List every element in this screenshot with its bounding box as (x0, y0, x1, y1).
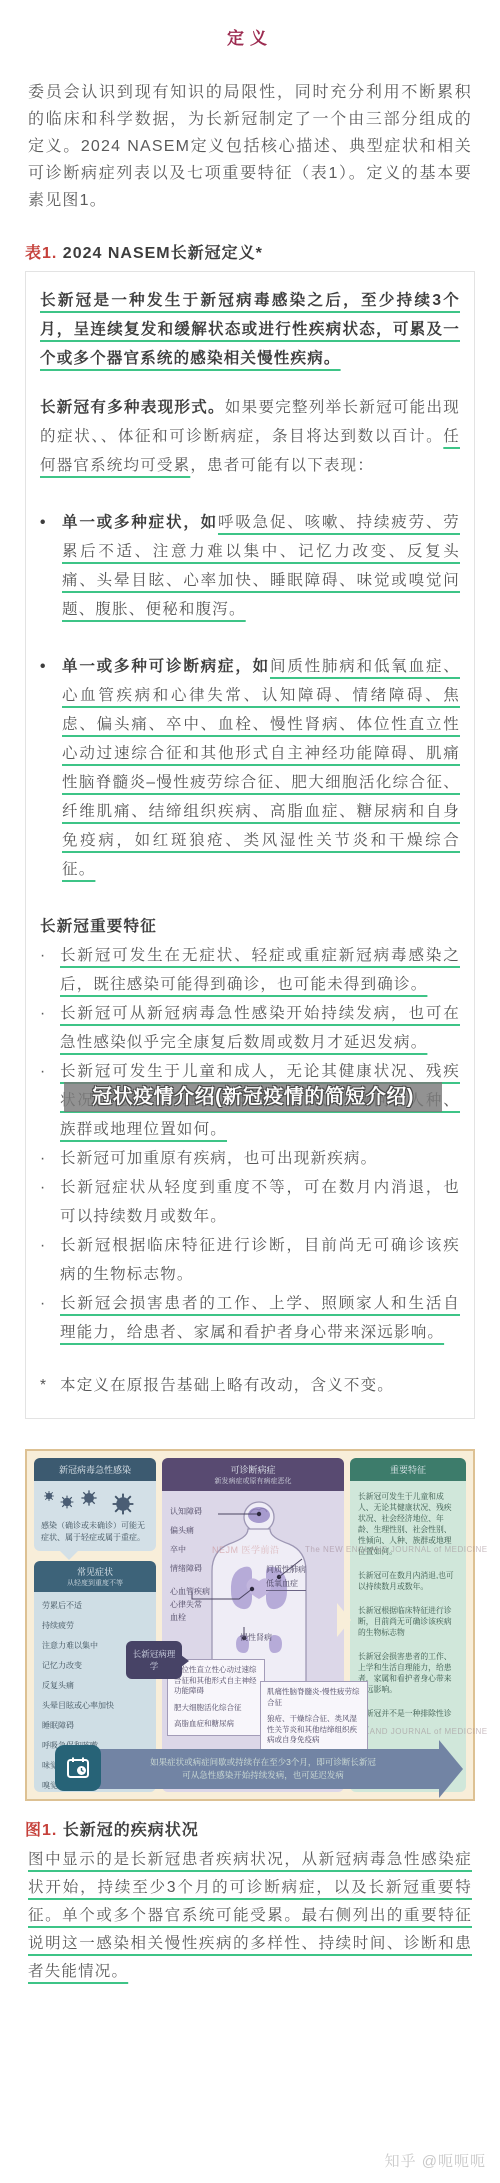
acute-panel-text: 感染（确诊或未确诊）可能无症状、属于轻症或属于重症。 (41, 1520, 149, 1544)
conditions-panel-header: 可诊断病症 (165, 1463, 341, 1476)
condition-text: 肥大细胞活化综合征 (174, 1703, 258, 1714)
figure1-infographic: 新冠病毒急性感染 (25, 1449, 475, 1801)
feature-item: ·长新冠症状从轻度到重度不等，可在数月内消退，也可以持续数月或数年。 (40, 1173, 460, 1231)
nejm-watermark: NEJM 医学前沿 (212, 1543, 280, 1556)
symptom-item: 睡眠障碍 (42, 1720, 148, 1731)
condition-label: 卒中 (170, 1545, 202, 1555)
feature-item: ·长新冠根据临床特征进行诊断，目前尚无可确诊该疾病的生物标志物。 (40, 1231, 460, 1289)
feature-text: 长新冠症状从轻度到重度不等，可在数月内消退，也可以持续数月或数年。 (60, 1173, 460, 1231)
forms-tail: ，患者可能有以下表现： (190, 457, 374, 474)
condition-text: 高脂血症和糖尿病 (174, 1719, 258, 1730)
dot-marker: · (40, 1057, 60, 1144)
dot-marker: · (40, 999, 60, 1057)
footnote-text: 本定义在原报告基础上略有改动，含义不变。 (60, 1371, 460, 1400)
dot-marker: · (40, 1231, 60, 1289)
figure1-label: 图1. (25, 1822, 57, 1839)
arrowhead-icon (439, 1740, 463, 1798)
dot-marker: · (40, 941, 60, 999)
table1-label: 表1. (25, 245, 57, 262)
symptom-item: 反复头痛 (42, 1680, 148, 1691)
acute-panel-header: 新冠病毒急性感染 (34, 1458, 156, 1481)
definition-text: 长新冠是一种发生于新冠病毒感染之后，至少持续3个月，呈连续复发和缓解状态或进行性… (40, 286, 460, 373)
page-title: 定义 (0, 0, 500, 49)
zhihu-watermark: 知乎 @呃呃呃 (385, 2150, 486, 2171)
pointer-down-icon (60, 1551, 78, 1560)
condition-text: 狼疮、干燥综合征、类风湿性关节炎和其他结缔组织疾病或自身免疫病 (267, 1714, 361, 1746)
feature-note: 长新冠可在数月内消退,也可以持续数月或数年。 (358, 1570, 458, 1592)
conditions-bullet-bold: 单一或多种可诊断病症，如 (62, 658, 270, 675)
conditions-bullet: • 单一或多种可诊断病症，如间质性肺病和低氧血症、心血管疾病和心律失常、认知障碍… (40, 652, 460, 884)
feature-note: 长新冠会损害患者的工作、上学和生活自理能力，给患者、家属和看护者身心带来深远影响… (358, 1651, 458, 1695)
kidney-label: 慢性肾病 (240, 1633, 272, 1643)
figure1-caption-heading: 图1. 长新冠的疾病状况 (25, 1817, 475, 1840)
condition-label: 间质性肺病 (266, 1565, 306, 1575)
diagnosable-conditions-column: 可诊断病症 新发病症或原有病症恶化 (162, 1458, 344, 1792)
conditions-panel-subheader: 新发病症或原有病症恶化 (165, 1476, 341, 1486)
timeline-arrow-banner: 如果症状或病症间歇或持续存在至少3个月，即可诊断长新冠 可从急性感染开始持续发病… (63, 1749, 439, 1789)
mecfs-conditions-box: 肌痛性脑脊髓炎-慢性疲劳综合征 狼疮、干燥综合征、类风湿性关节炎和其他结缔组织疾… (260, 1681, 368, 1752)
lung-labels: 间质性肺病 低氧血症 (266, 1565, 306, 1591)
feature-item: ·长新冠可发生在无症状、轻症或重症新冠病毒感染之后，既往感染可能得到确诊，也可能… (40, 941, 460, 999)
table1-title: 2024 NASEM长新冠定义* (57, 245, 263, 262)
pathology-bubble: 长新冠病理学 (126, 1641, 182, 1679)
intro-paragraph: 委员会认识到现有知识的局限性，同时充分利用不断累积的临床和科学数据，为长新冠制定… (28, 79, 472, 214)
journal-watermark: The NEW ENGLAND JOURNAL of MEDICINE (305, 1545, 488, 1554)
bullet-marker: • (40, 652, 62, 884)
feature-text: 长新冠可加重原有疾病，也可出现新疾病。 (60, 1144, 460, 1173)
conditions-bullet-text: 间质性肺病和低氧血症、心血管疾病和心律失常、认知障碍、情绪障碍、焦虑、偏头痛、卒… (62, 658, 460, 878)
feature-text: 长新冠会损害患者的工作、上学、照顾家人和生活自理能力，给患者、家属和看护者身心带… (60, 1289, 460, 1347)
symptom-item: 劳累后不适 (42, 1600, 148, 1611)
dot-marker: · (40, 1289, 60, 1347)
condition-text: 体位性直立性心动过速综合征和其他形式自主神经功能障碍 (174, 1665, 258, 1697)
neuro-labels: 认知障碍 偏头痛 卒中 情绪障碍 (170, 1507, 202, 1583)
features-heading: 长新冠重要特征 (40, 912, 460, 941)
dot-marker: · (40, 1173, 60, 1231)
chevron-right-icon (337, 1603, 351, 1637)
footnote: *本定义在原报告基础上略有改动，含义不变。 (40, 1371, 460, 1400)
condition-label: 心血管疾病 (170, 1587, 210, 1597)
dot-marker: · (40, 1144, 60, 1173)
feature-text: 长新冠根据临床特征进行诊断，目前尚无可确诊该疾病的生物标志物。 (60, 1231, 460, 1289)
symptom-item: 持续疲劳 (42, 1620, 148, 1631)
symptoms-bullet: • 单一或多种症状，如呼吸急促、咳嗽、持续疲劳、劳累后不适、注意力难以集中、记忆… (40, 508, 460, 624)
condition-label: 认知障碍 (170, 1507, 202, 1517)
symptoms-bullet-bold: 单一或多种症状，如 (62, 514, 218, 531)
asterisk-marker: * (40, 1371, 60, 1400)
condition-label: 偏头痛 (170, 1526, 202, 1536)
feature-note: 长新冠根据临床特征进行诊断，目前尚无可确诊该疾病的生物标志物 (358, 1605, 458, 1638)
condition-label: 情绪障碍 (170, 1564, 202, 1574)
figure1-title: 长新冠的疾病状况 (57, 1822, 198, 1839)
bullet-marker: • (40, 508, 62, 624)
symptom-item: 头晕目眩或心率加快 (42, 1700, 148, 1711)
forms-paragraph: 长新冠有多种表现形式。如果要完整列举长新冠可能出现的症状、、体征和可诊断病症，条… (40, 393, 460, 480)
feature-text: 长新冠可发生在无症状、轻症或重症新冠病毒感染之后，既往感染可能得到确诊，也可能未… (60, 941, 460, 999)
condition-label: 血栓 (170, 1613, 210, 1623)
calendar-clock-icon (55, 1745, 101, 1791)
timeline-text-line2: 可从急性感染开始持续发病，也可延迟发病 (182, 1769, 344, 1782)
table1-heading: 表1. 2024 NASEM长新冠定义* (25, 240, 475, 263)
condition-text: 肌痛性脑脊髓炎-慢性疲劳综合征 (267, 1687, 361, 1708)
features-panel-header: 重要特征 (350, 1458, 466, 1481)
timeline-text-line1: 如果症状或病症间歇或持续存在至少3个月，即可诊断长新冠 (150, 1756, 376, 1769)
article-page: 定义 委员会认识到现有知识的局限性，同时充分利用不断累积的临床和科学数据，为长新… (0, 0, 500, 2183)
feature-text: 长新冠可从新冠病毒急性感染开始持续发病，也可在急性感染似乎完全康复后数周或数月才… (60, 999, 460, 1057)
condition-label: 心律失常 (170, 1600, 210, 1610)
table1-box: 长新冠是一种发生于新冠病毒感染之后，至少持续3个月，呈连续复发和缓解状态或进行性… (25, 271, 475, 1419)
acute-infection-column: 新冠病毒急性感染 (34, 1458, 156, 1792)
feature-item: ·长新冠会损害患者的工作、上学、照顾家人和生活自理能力，给患者、家属和看护者身心… (40, 1289, 460, 1347)
feature-item: ·长新冠可从新冠病毒急性感染开始持续发病，也可在急性感染似乎完全康复后数周或数月… (40, 999, 460, 1057)
condition-label: 低氧血症 (266, 1579, 306, 1591)
figure1-caption-body: 图中显示的是长新冠患者疾病状况，从新冠病毒急性感染症状开始，持续至少3个月的可诊… (28, 1846, 472, 1986)
symptoms-panel-header: 常见症状 (37, 1565, 153, 1578)
virus-icons (41, 1486, 145, 1516)
feature-item: ·长新冠可加重原有疾病，也可出现新疾病。 (40, 1144, 460, 1173)
forms-bold: 长新冠有多种表现形式。 (40, 399, 225, 416)
acute-infection-panel: 新冠病毒急性感染 (34, 1458, 156, 1551)
watermark-banner: 冠状疫情介绍(新冠疫情的简短介绍) (64, 1082, 442, 1112)
cardio-labels: 心血管疾病 心律失常 血栓 (170, 1587, 210, 1626)
symptoms-panel-subheader: 从轻度到重度不等 (37, 1578, 153, 1588)
